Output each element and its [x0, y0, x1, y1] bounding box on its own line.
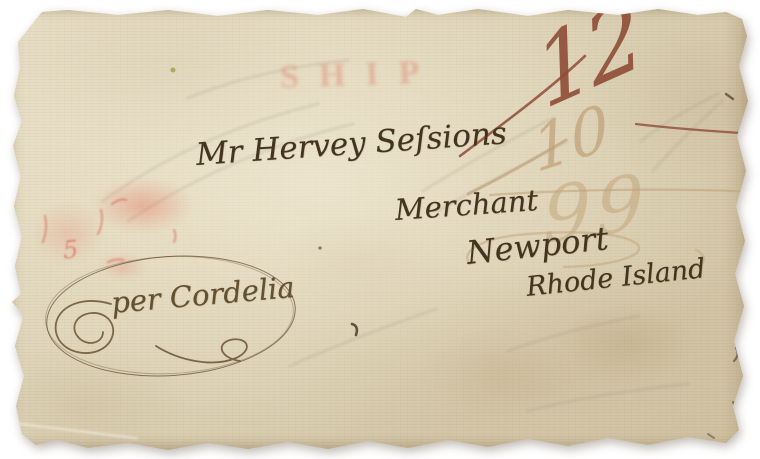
- edge-shading-top: [8, 6, 752, 16]
- paper-stain: [568, 306, 688, 376]
- ship-handstamp: SHIP: [279, 53, 440, 97]
- city-line: Newport: [465, 222, 610, 269]
- red-datestamp-smudge: [93, 178, 193, 233]
- letter-cover: 5 SHIP 12 10 99 Mr Hervey Seſsions Merch…: [8, 6, 752, 452]
- edge-shading-right: [722, 6, 752, 452]
- date-handstamp-day: 5: [62, 235, 80, 264]
- endorsement-oval: [42, 247, 300, 384]
- recipient-line: Mr Hervey Seſsions: [195, 118, 508, 171]
- occupation-line: Merchant: [394, 186, 539, 225]
- photo-stage: 5 SHIP 12 10 99 Mr Hervey Seſsions Merch…: [0, 0, 760, 459]
- paper-stain: [428, 336, 568, 416]
